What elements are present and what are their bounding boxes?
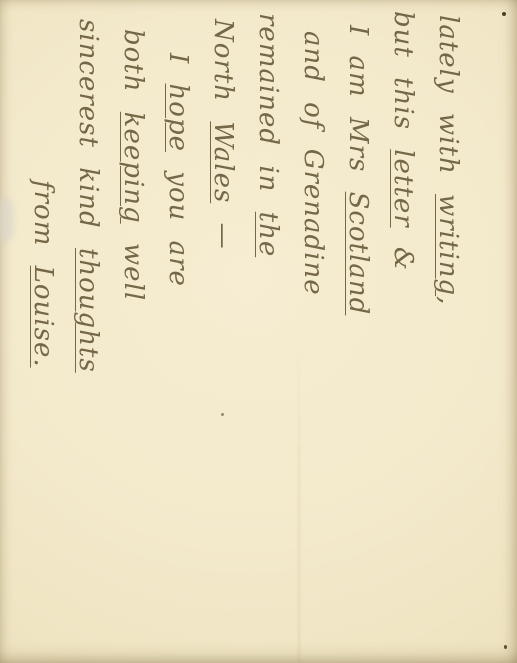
letter-word: you are (163, 152, 193, 287)
letter-word: Louise. (28, 266, 58, 368)
letter-word: — (208, 203, 238, 249)
letter-word: both (118, 29, 148, 112)
letter-line: remained in the (245, 13, 290, 345)
fold-crease (298, 335, 300, 663)
letter-word: Wales (208, 121, 238, 203)
letter-word: but this (388, 11, 418, 149)
letter-line: and of Grenadine (290, 31, 335, 345)
letter-word: & (388, 228, 418, 271)
letter-word: , (433, 296, 463, 305)
letter-line: I am Mrs Scotland (335, 25, 380, 345)
letter-word: keeping (118, 112, 148, 224)
letter-word: from (28, 180, 58, 266)
letter-body: lately with writing,but this letter &I a… (20, 5, 470, 345)
letter-word: letter (388, 149, 418, 227)
letter-word: well (118, 224, 148, 302)
letter-line: from Louise. (20, 180, 65, 345)
letter-word: writing (433, 194, 463, 296)
letter-word: Scotland (343, 192, 373, 316)
letter-word: hope (163, 84, 193, 152)
letter-word: the (253, 212, 283, 258)
letter-word: I am Mrs (343, 25, 373, 192)
letter-line: North Wales — (200, 19, 245, 345)
letter-word: North (208, 19, 238, 121)
letter-line: but this letter & (380, 11, 425, 345)
paper-blemish (0, 198, 14, 242)
letter-word: thoughts (73, 248, 103, 373)
letter-line: lately with writing, (425, 15, 470, 345)
ink-speck (502, 12, 506, 16)
letter-line: sincerest kind thoughts (65, 19, 110, 345)
ink-speck (221, 413, 224, 416)
letter-word: lately with (433, 15, 463, 194)
letter-line: I hope you are (155, 53, 200, 345)
ink-speck (504, 645, 507, 649)
letter-word: sincerest kind (73, 19, 103, 248)
letter-line: both keeping well (110, 29, 155, 345)
letter-word: remained in (253, 13, 283, 212)
letter-word: I (163, 53, 193, 84)
letter-word: and of Grenadine (298, 31, 328, 296)
handwriting-block: lately with writing,but this letter &I a… (20, 5, 470, 345)
